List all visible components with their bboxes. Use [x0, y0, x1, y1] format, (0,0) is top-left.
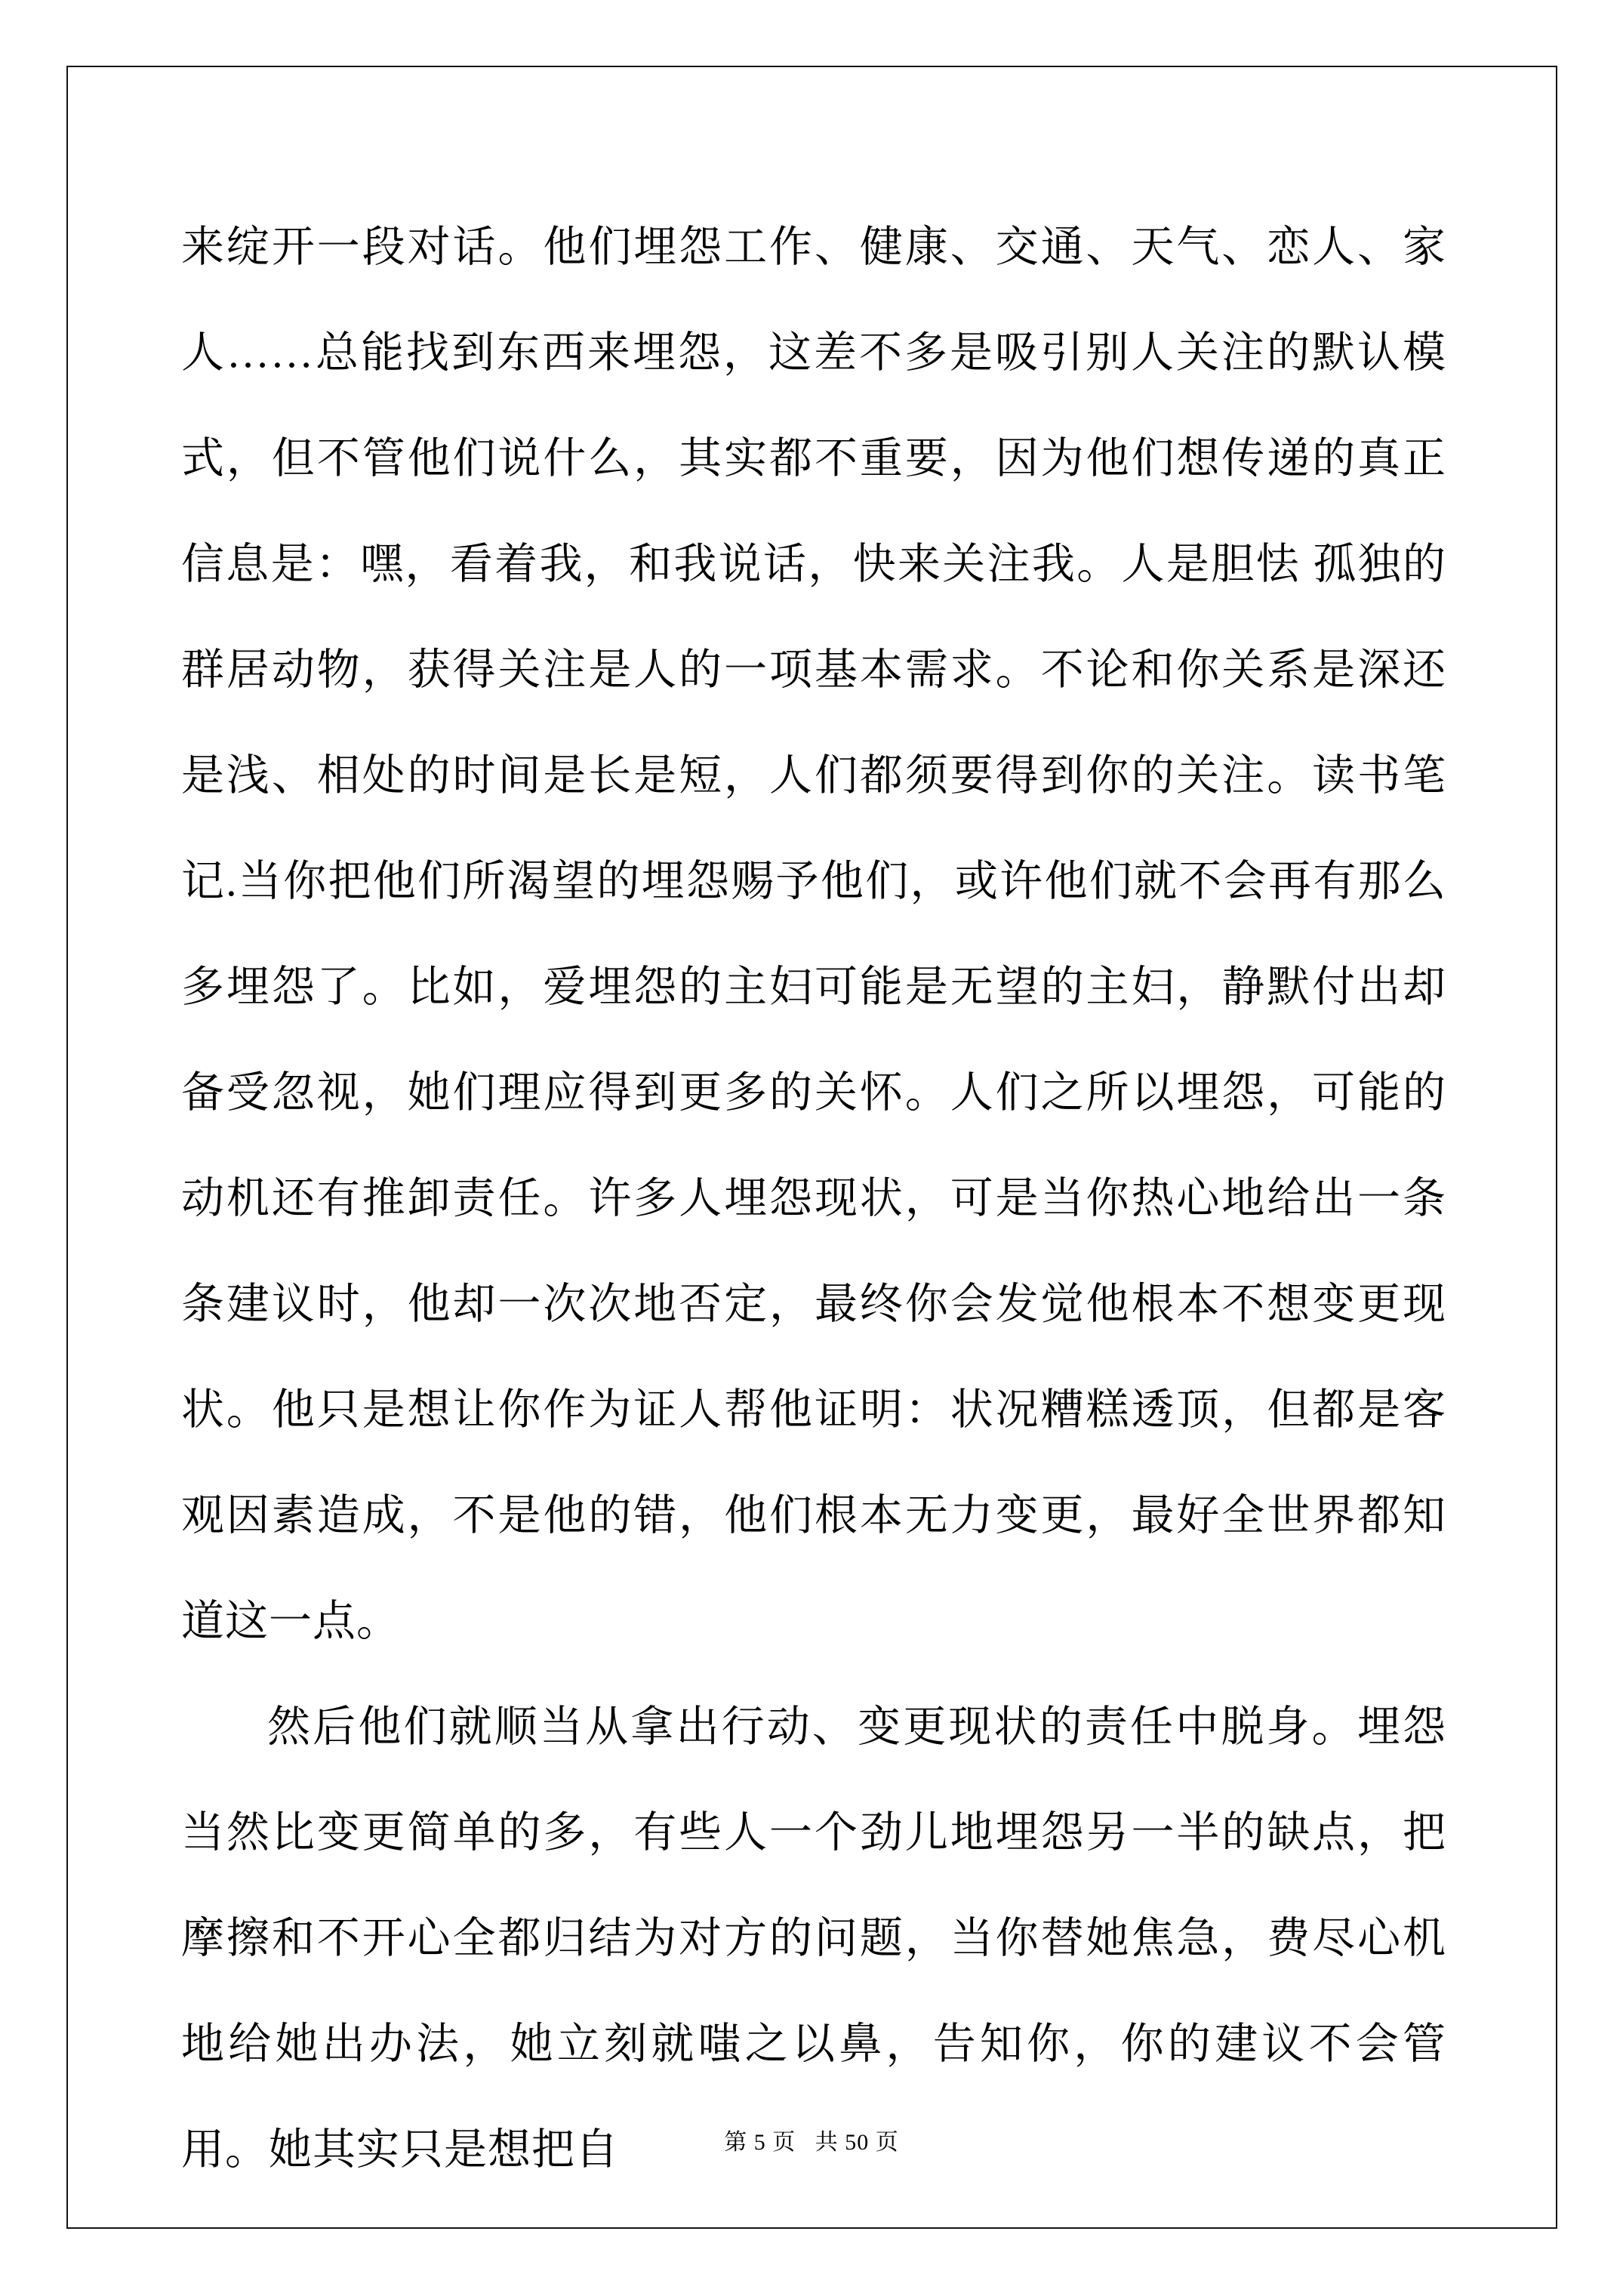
document-body: 来绽开一段对话。他们埋怨工作、健康、交通、天气、恋人、家人……总能找到东西来埋怨… [181, 195, 1446, 2203]
page-footer: 第 5 页 共 50 页 [0, 2128, 1623, 2158]
page-number-label: 第 5 页 共 50 页 [724, 2130, 899, 2155]
paragraph: 然后他们就顺当从拿出行动、变更现状的责任中脱身。埋怨当然比变更简单的多，有些人一… [181, 1675, 1446, 2203]
document-page: 来绽开一段对话。他们埋怨工作、健康、交通、天气、恋人、家人……总能找到东西来埋怨… [0, 0, 1623, 2296]
paragraph-continuation: 来绽开一段对话。他们埋怨工作、健康、交通、天气、恋人、家人……总能找到东西来埋怨… [181, 195, 1446, 1675]
